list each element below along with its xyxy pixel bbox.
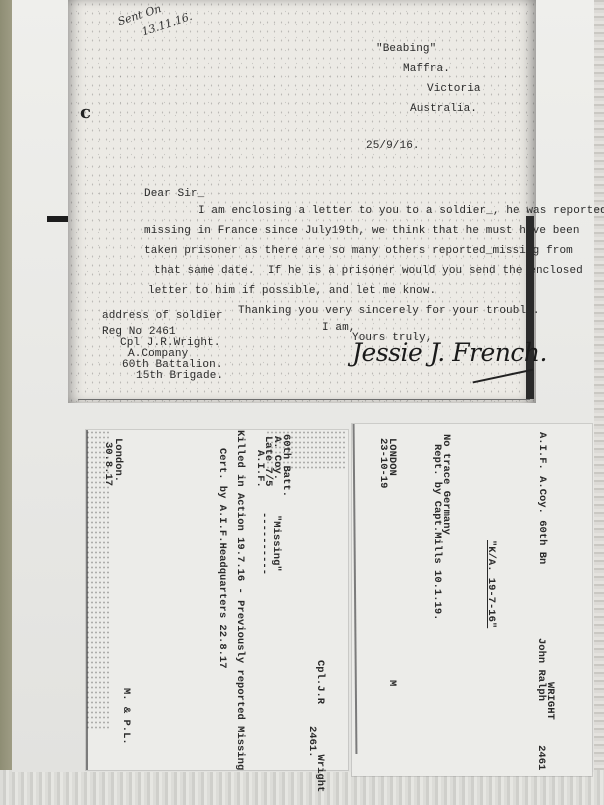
margin-mark (47, 216, 68, 222)
card-reported-by: Rept. by Capt.Mills 10.1.19. (431, 444, 443, 620)
address-line: Maffra. (403, 63, 450, 75)
stray-mark-icon: c (80, 102, 91, 123)
card-status-missing: "Missing" (270, 515, 282, 572)
body-line: letter to him if possible, and let me kn… (148, 285, 436, 297)
card-soldier-number: 2461. (306, 726, 318, 758)
card-killed-in-action: Killed in Action 19.7.16 - Previously re… (234, 430, 246, 770)
body-line: missing in France since July19th, we thi… (144, 225, 580, 237)
card-date: 30.8.17 (102, 442, 114, 486)
salutation: Dear Sir_ (144, 188, 204, 200)
body-line: Thanking you very sincerely for your tro… (238, 305, 540, 317)
address-line: Victoria (427, 83, 481, 95)
card-certified-by: Cert. by A.I.F.Headquarters 22.8.17 (216, 448, 228, 669)
card-unit-header: A.I.F. A.Coy. 60th Bn (536, 432, 548, 564)
card-date: 23-10-19 (377, 438, 389, 488)
soldier-brigade: 15th Brigade. (136, 370, 223, 382)
card-mark: M (386, 680, 398, 686)
card-footer-initials: M. & P.L. (120, 688, 132, 745)
card-status-ka: "K/A. 19-7-16" (485, 540, 497, 628)
signature: Jessie J. French. (352, 338, 547, 367)
card-status-rule: ---------- (258, 512, 270, 575)
address-line: "Beabing" (376, 43, 436, 55)
copy-bottom-edge (78, 399, 530, 400)
body-line: taken prisoner as there are so many othe… (144, 245, 573, 257)
card-given-names-number: John Ralph 2461 (535, 638, 547, 770)
soldier-address-heading: address of soldier (102, 310, 223, 322)
body-line: I am enclosing a letter to you to a sold… (198, 205, 604, 217)
closing-line: I am, (322, 322, 356, 334)
body-line: that same date. If he is a prisoner woul… (154, 265, 583, 277)
address-line: Australia. (410, 103, 477, 115)
card-unit-line: A.I.F. (254, 450, 266, 488)
card-edge (353, 424, 357, 754)
letter-date: 25/9/16. (366, 140, 420, 152)
